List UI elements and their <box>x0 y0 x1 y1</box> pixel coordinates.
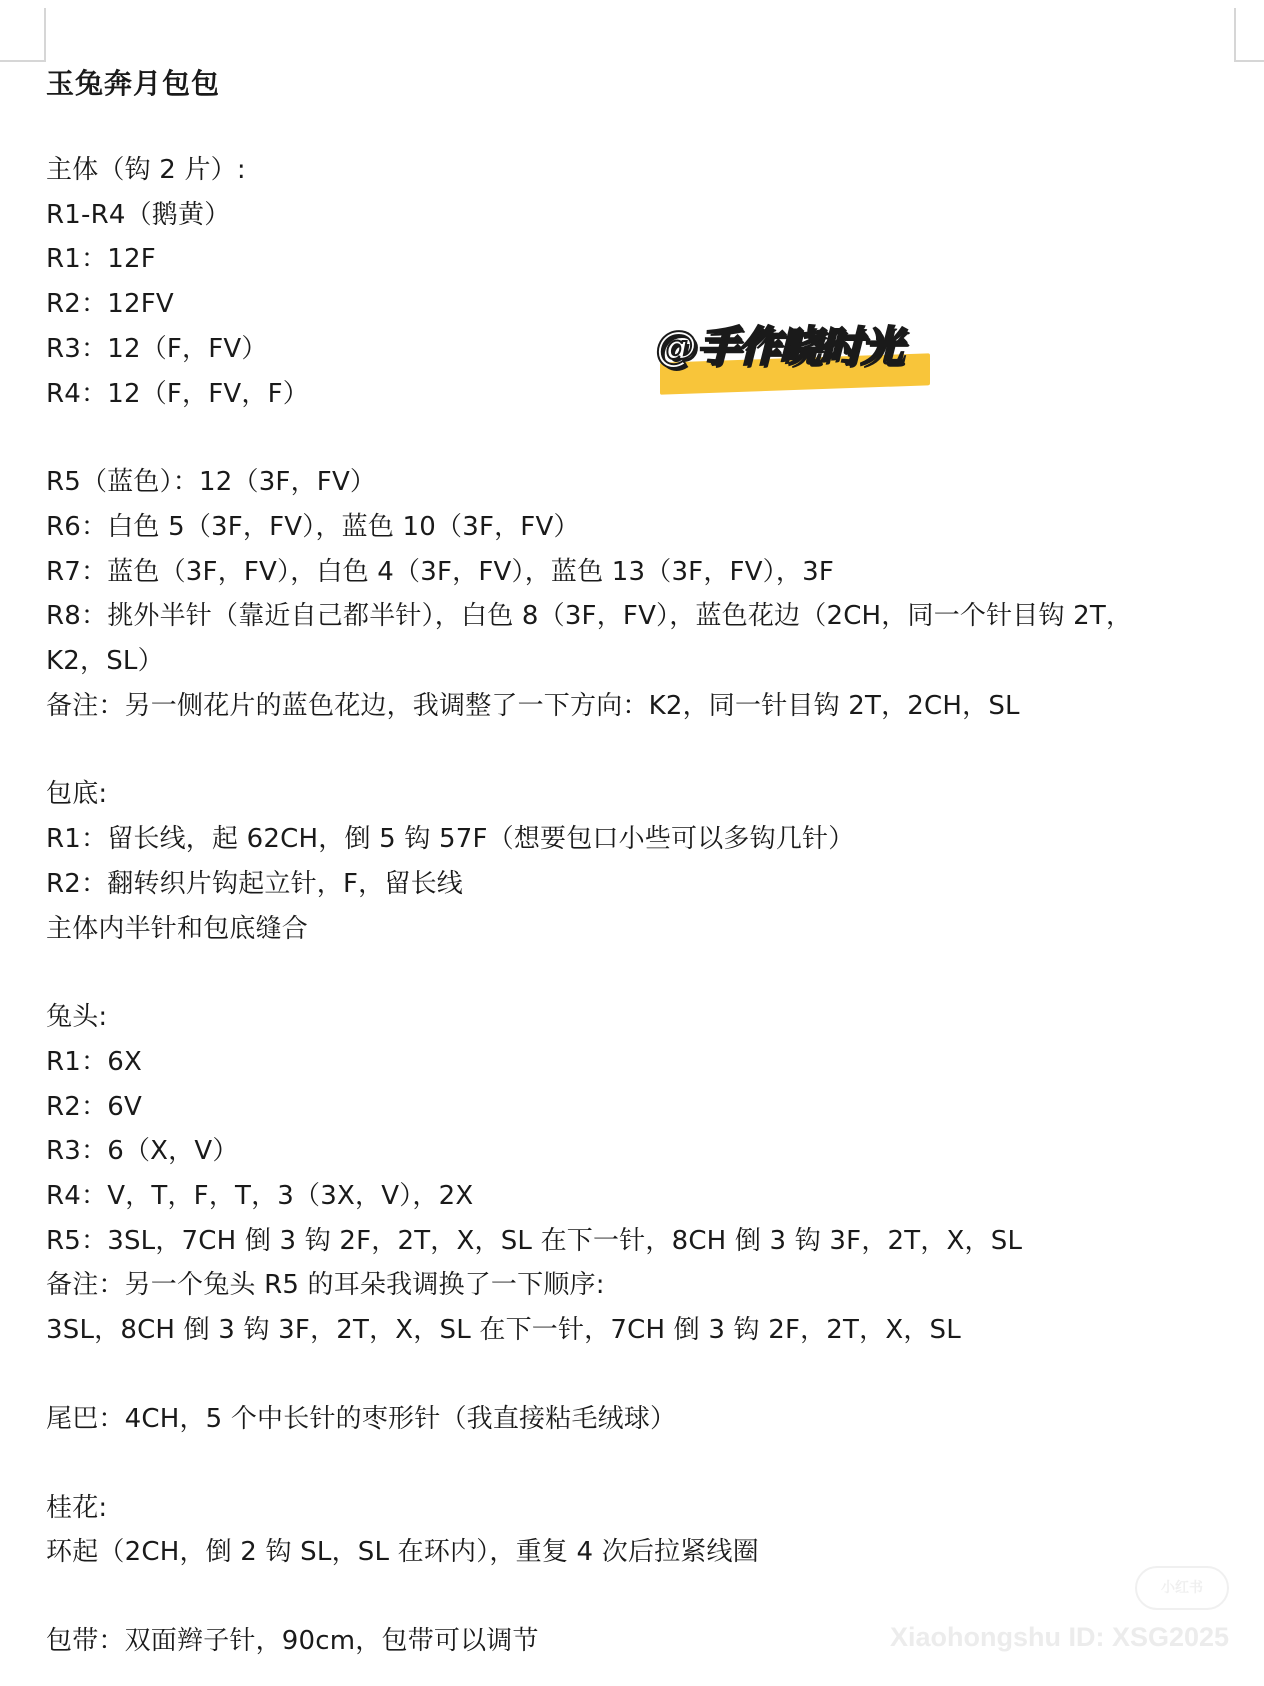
note-line: 备注：另一个兔头 R5 的耳朵我调换了一下顺序: <box>46 1263 1246 1308</box>
note-line: 备注：另一侧花片的蓝色花边，我调整了一下方向：K2，同一针目钩 2T，2CH，S… <box>46 684 1246 729</box>
section-heading: 包底: <box>46 772 1246 817</box>
watermark-text: Xiaohongshu ID: XSG2025 <box>890 1622 1229 1653</box>
text-line: R4：12（F，FV，F） <box>46 372 1246 417</box>
text-line: R7：蓝色（3F，FV），白色 4（3F，FV），蓝色 13（3F，FV），3F <box>46 550 1246 595</box>
text-line: R6：白色 5（3F，FV），蓝色 10（3F，FV） <box>46 505 1246 550</box>
text-line: 环起（2CH，倒 2 钩 SL，SL 在环内），重复 4 次后拉紧线圈 <box>46 1530 1246 1575</box>
text-line: R5（蓝色）：12（3F，FV） <box>46 460 1246 505</box>
text-line: 尾巴：4CH，5 个中长针的枣形针（我直接粘毛绒球） <box>46 1397 1246 1442</box>
document-title: 玉兔奔月包包 <box>46 62 1246 106</box>
text-line: R8：挑外半针（靠近自己都半针），白色 8（3F，FV），蓝色花边（2CH，同一… <box>46 594 1246 639</box>
section-main-body: 主体（钩 2 片）: R1-R4（鹅黄） R1：12F R2：12FV R3：1… <box>46 148 1246 416</box>
text-line: R5：3SL，7CH 倒 3 钩 2F，2T，X，SL 在下一针，8CH 倒 3… <box>46 1219 1246 1264</box>
text-line: R2：12FV <box>46 282 1246 327</box>
stamp-text: @手作晓时光 <box>656 314 902 374</box>
section-main-body-continued: R5（蓝色）：12（3F，FV） R6：白色 5（3F，FV），蓝色 10（3F… <box>46 460 1246 728</box>
text-line: R1：12F <box>46 237 1246 282</box>
text-line: R3：12（F，FV） <box>46 327 1246 372</box>
text-line: R1：6X <box>46 1040 1246 1085</box>
text-line: R2：6V <box>46 1085 1246 1130</box>
text-line: R1-R4（鹅黄） <box>46 193 1246 238</box>
section-tail: 尾巴：4CH，5 个中长针的枣形针（我直接粘毛绒球） <box>46 1397 1246 1442</box>
page-corner-mark-right <box>1234 8 1264 62</box>
pattern-document: 玉兔奔月包包 主体（钩 2 片）: R1-R4（鹅黄） R1：12F R2：12… <box>46 56 1246 1664</box>
section-osmanthus: 桂花: 环起（2CH，倒 2 钩 SL，SL 在环内），重复 4 次后拉紧线圈 <box>46 1486 1246 1575</box>
xiaohongshu-logo-icon: 小红书 <box>1135 1566 1229 1610</box>
text-line: 3SL，8CH 倒 3 钩 3F，2T，X，SL 在下一针，7CH 倒 3 钩 … <box>46 1308 1246 1353</box>
section-rabbit-head: 兔头: R1：6X R2：6V R3：6（X，V） R4：V，T，F，T，3（3… <box>46 995 1246 1353</box>
section-heading: 兔头: <box>46 995 1246 1040</box>
text-line: R4：V，T，F，T，3（3X，V），2X <box>46 1174 1246 1219</box>
text-line: K2，SL） <box>46 639 1246 684</box>
text-line: R1：留长线，起 62CH，倒 5 钩 57F（想要包口小些可以多钩几针） <box>46 817 1246 862</box>
page-corner-mark-left <box>0 8 46 62</box>
text-line: R2：翻转织片钩起立针，F，留长线 <box>46 862 1246 907</box>
section-heading: 桂花: <box>46 1486 1246 1531</box>
text-line: 主体内半针和包底缝合 <box>46 907 1246 952</box>
text-line: R3：6（X，V） <box>46 1129 1246 1174</box>
section-bag-bottom: 包底: R1：留长线，起 62CH，倒 5 钩 57F（想要包口小些可以多钩几针… <box>46 772 1246 951</box>
section-heading: 主体（钩 2 片）: <box>46 148 1246 193</box>
author-stamp: @手作晓时光 <box>656 312 946 392</box>
